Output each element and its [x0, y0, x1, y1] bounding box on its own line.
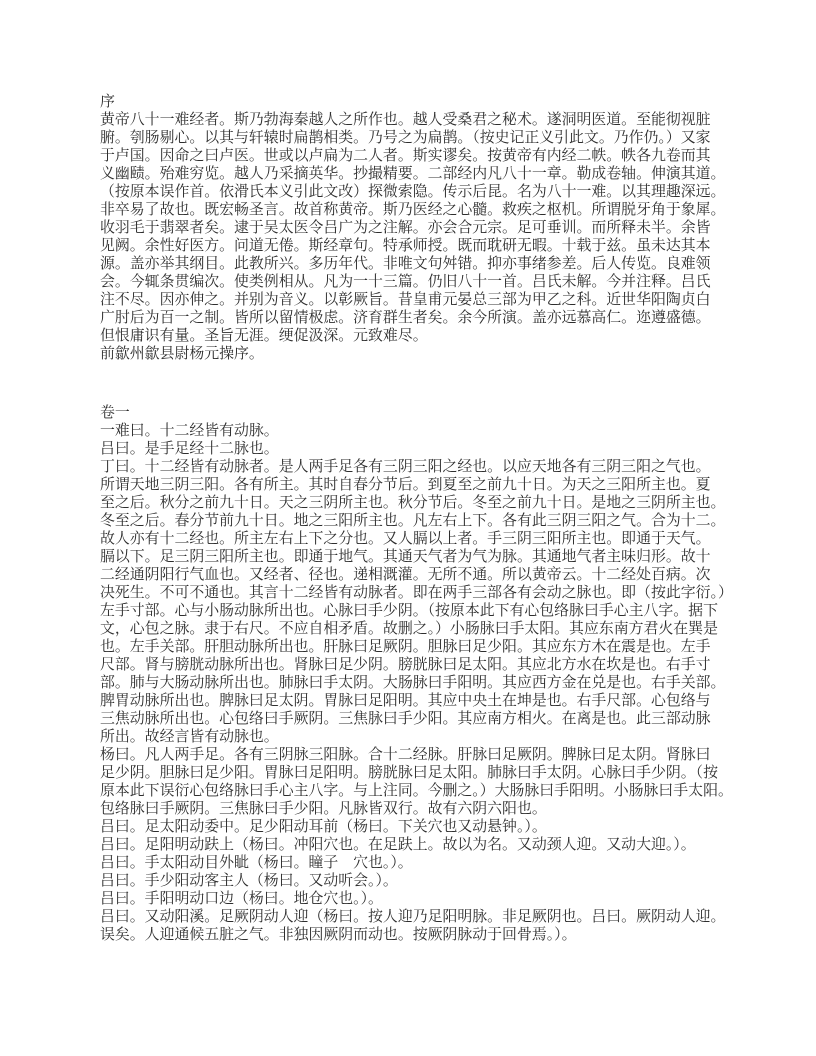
text-line: 会。今辄条贯编次。使类例相从。凡为一十三篇。仍旧八十一首。吕氏未解。今并注释。吕…	[100, 273, 724, 291]
text-line: 尺部。肾与膀胱动脉所出也。肾脉曰足少阴。膀胱脉曰足太阳。其应北方水在坎是也。右手…	[100, 656, 724, 674]
text-line: 文，心包之脉。隶于右尺。不应自相矛盾。故删之。）小肠脉曰手太阳。其应东南方君火在…	[100, 620, 724, 638]
text-line: 见阙。余性好医方。问道无倦。斯经章句。特承师授。既而耽研无暇。十载于兹。虽未达其…	[100, 237, 724, 255]
text-line: 部。肺与大肠动脉所出也。肺脉曰手太阴。大肠脉曰手阳明。其应西方金在兑是也。右手关…	[100, 674, 724, 692]
text-line: 至之后。秋分之前九十日。天之三阴所主也。秋分节后。冬至之前九十日。是地之三阴所主…	[100, 494, 724, 512]
document-page: 序 黄帝八十一难经者。斯乃勃海秦越人之所作也。越人受桑君之秘术。遂洞明医道。至能…	[0, 0, 816, 1056]
text-line: 于卢国。因命之曰卢医。世或以卢扁为二人者。斯实谬矣。按黄帝有内经二帙。帙各九卷而…	[100, 147, 724, 165]
text-line: 义幽赜。殆难穷览。越人乃采摘英华。抄撮精要。二部经内凡八十一章。勒成卷轴。伸演其…	[100, 165, 724, 183]
text-line: 误矣。人迎通候五脏之气。非独因厥阴而动也。按厥阴脉动于回骨焉。）。	[100, 926, 724, 944]
text-line: 源。盖亦举其纲目。此教所兴。多历年代。非唯文句舛错。抑亦事绪参差。后人传览。良难…	[100, 255, 724, 273]
text-line: 广肘后为百一之制。皆所以留情极虑。济育群生者矣。余今所演。盖亦远慕高仁。迩遵盛德…	[100, 309, 724, 327]
preface-signature: 前歙州歙县尉杨元操序。	[100, 345, 724, 363]
preface-section: 序 黄帝八十一难经者。斯乃勃海秦越人之所作也。越人受桑君之秘术。遂洞明医道。至能…	[100, 93, 724, 363]
text-line: 但恨庸识有量。圣旨无涯。绠促汲深。元致难尽。	[100, 327, 724, 345]
preface-heading: 序	[100, 93, 724, 111]
text-line: 腑。刳肠剔心。以其与轩辕时扁鹊相类。乃号之为扁鹊。（按史记正义引此文。乃作仍。）…	[100, 129, 724, 147]
text-line: 注不尽。因亦伸之。并别为音义。以彰厥旨。昔皇甫元晏总三部为甲乙之科。近世华阳陶贞…	[100, 291, 724, 309]
text-line: 吕曰。又动阳溪。足厥阴动人迎（杨曰。按人迎乃足阳明脉。非足厥阴也。吕曰。厥阴动人…	[100, 908, 724, 926]
text-line: 二经通阴阳行气血也。又经者、径也。递相溉灌。无所不通。所以黄帝云。十二经处百病。…	[100, 566, 724, 584]
text-line: 足少阴。胆脉曰足少阳。胃脉曰足阳明。膀胱脉曰足太阳。肺脉曰手太阴。心脉曰手少阴。…	[100, 764, 724, 782]
volume-heading: 卷一	[100, 404, 724, 422]
text-line: 也。左手关部。肝胆动脉所出也。肝脉曰足厥阴。胆脉曰足少阳。其应东方木在震是也。左…	[100, 638, 724, 656]
text-line: 非卒易了故也。既宏畅圣言。故首称黄帝。斯乃医经之心髓。救疾之枢机。所谓脱牙角于象…	[100, 201, 724, 219]
document-content: 序 黄帝八十一难经者。斯乃勃海秦越人之所作也。越人受桑君之秘术。遂洞明医道。至能…	[100, 93, 724, 944]
text-line: 杨曰。凡人两手足。各有三阴脉三阳脉。合十二经脉。肝脉曰足厥阴。脾脉曰足太阴。肾脉…	[100, 746, 724, 764]
text-line: 吕曰。手阳明动口边（杨曰。地仓穴也。）。	[100, 890, 724, 908]
text-line: 脾胃动脉所出也。脾脉曰足太阴。胃脉曰足阳明。其应中央土在坤是也。右手尺部。心包络…	[100, 692, 724, 710]
text-line: 冬至之后。春分节前九十日。地之三阳所主也。凡左右上下。各有此三阴三阳之气。合为十…	[100, 512, 724, 530]
text-line: 三焦动脉所出也。心包络曰手厥阴。三焦脉曰手少阳。其应南方相火。在离是也。此三部动…	[100, 710, 724, 728]
text-line: 所谓天地三阴三阳。各有所主。其时自春分节后。到夏至之前九十日。为天之三阳所主也。…	[100, 476, 724, 494]
text-line: 一难曰。十二经皆有动脉。	[100, 422, 724, 440]
text-line: 原本此下误衍心包络脉曰手心主八字。与上注同。今删之。）大肠脉曰手阳明。小肠脉曰手…	[100, 782, 724, 800]
text-line: （按原本误作首。依滑氏本义引此文改）探微索隐。传示后昆。名为八十一难。以其理趣深…	[100, 183, 724, 201]
text-line: 吕曰。手少阳动客主人（杨曰。又动听会。）。	[100, 872, 724, 890]
text-line: 故人亦有十二经也。所主左右上下之分也。又人膈以上者。手三阴三阳所主也。即通于天气…	[100, 530, 724, 548]
volume-body: 一难曰。十二经皆有动脉。吕曰。是手足经十二脉也。丁曰。十二经皆有动脉者。是人两手…	[100, 422, 724, 944]
text-line: 收羽毛于翡翠者矣。逮于吴太医令吕广为之注解。亦会合元宗。足可垂训。而所释未半。余…	[100, 219, 724, 237]
text-line: 膈以下。足三阴三阳所主也。即通于地气。其通天气者为气为脉。其通地气者主味归形。故…	[100, 548, 724, 566]
preface-body: 黄帝八十一难经者。斯乃勃海秦越人之所作也。越人受桑君之秘术。遂洞明医道。至能彻视…	[100, 111, 724, 345]
text-line: 吕曰。足太阳动委中。足少阳动耳前（杨曰。下关穴也又动悬钟。）。	[100, 818, 724, 836]
text-line: 所出。故经言皆有动脉也。	[100, 728, 724, 746]
text-line: 黄帝八十一难经者。斯乃勃海秦越人之所作也。越人受桑君之秘术。遂洞明医道。至能彻视…	[100, 111, 724, 129]
text-line: 丁曰。十二经皆有动脉者。是人两手足各有三阴三阳之经也。以应天地各有三阴三阳之气也…	[100, 458, 724, 476]
text-line: 包络脉曰手厥阴。三焦脉曰手少阳。凡脉皆双行。故有六阴六阳也。	[100, 800, 724, 818]
text-line: 吕曰。是手足经十二脉也。	[100, 440, 724, 458]
text-line: 左手寸部。心与小肠动脉所出也。心脉曰手少阴。（按原本此下有心包络脉曰手心主八字。…	[100, 602, 724, 620]
volume-one-section: 卷一 一难曰。十二经皆有动脉。吕曰。是手足经十二脉也。丁曰。十二经皆有动脉者。是…	[100, 404, 724, 944]
text-line: 决死生。不可不通也。其言十二经皆有动脉者。即在两手三部各有会动之脉也。即（按此字…	[100, 584, 724, 602]
text-line: 吕曰。足阳明动趺上（杨曰。冲阳穴也。在足趺上。故以为名。又动颈人迎。又动大迎。）…	[100, 836, 724, 854]
text-line: 吕曰。手太阳动目外眦（杨曰。瞳子 穴也。）。	[100, 854, 724, 872]
